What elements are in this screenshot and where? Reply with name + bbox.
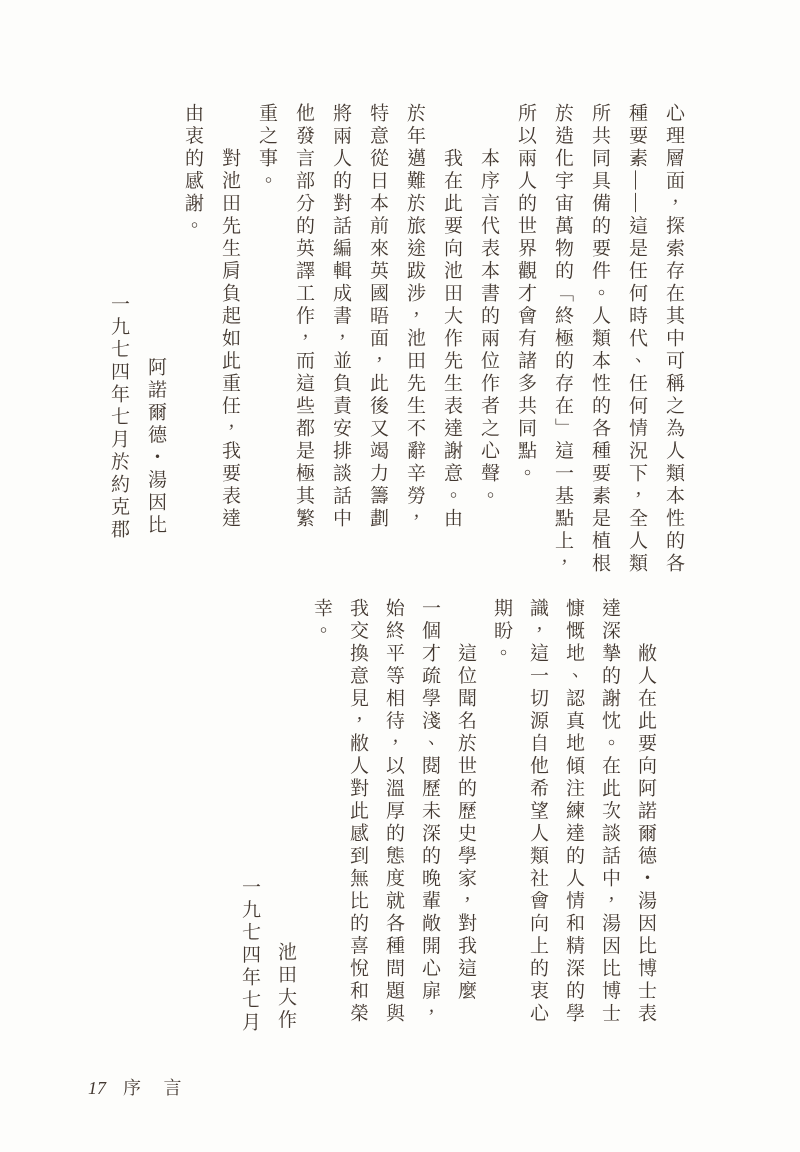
page-footer: 17 序 言: [88, 1074, 191, 1100]
signature-date: 一九七四年七月於約克郡: [100, 103, 137, 579]
signature-date: 一九七四年七月: [231, 598, 267, 1028]
text-column: 將兩人的對話編輯成書，並負責安排談話中: [322, 103, 359, 579]
text-column: 所共同具備的要件。人類本性的各種要素是植根: [581, 103, 618, 579]
text-column: 重之事。: [248, 103, 285, 579]
text-column: 始終平等相待，以溫厚的態度就各種問題與: [375, 598, 411, 1028]
text-column: 於年邁難於旅途跋涉，池田先生不辭辛勞，: [396, 103, 433, 579]
text-column: 敝人在此要向阿諾爾德・湯因比博士表: [627, 598, 663, 1028]
text-column: 對池田先生肩負起如此重任，我要表達: [211, 103, 248, 579]
text-column: 慷慨地、認真地傾注練達的人情和精深的學: [555, 598, 591, 1028]
vertical-text-block-bottom: 敝人在此要向阿諾爾德・湯因比博士表達深摯的謝忱。在此次談話中，湯因比博士慷慨地、…: [231, 598, 663, 1028]
text-column: 由衷的感謝。: [174, 103, 211, 579]
text-column: 我交換意見，敝人對此感到無比的喜悅和榮: [339, 598, 375, 1028]
text-column: 達深摯的謝忱。在此次談話中，湯因比博士: [591, 598, 627, 1028]
text-column: 這位聞名於世的歷史學家，對我這麼: [447, 598, 483, 1028]
page-number: 17: [88, 1078, 106, 1099]
text-column: 本序言代表本書的兩位作者之心聲。: [470, 103, 507, 579]
signature-name: 池田大作: [267, 598, 303, 1028]
text-column: 幸。: [303, 598, 339, 1028]
text-column: 期盼。: [483, 598, 519, 1028]
text-column: 特意從日本前來英國晤面，此後又竭力籌劃: [359, 103, 396, 579]
text-column: 於造化宇宙萬物的「終極的存在」這一基點上，: [544, 103, 581, 579]
signature-name: 阿諾爾德・湯因比: [137, 103, 174, 579]
book-page: 心理層面，探索存在其中可稱之為人類本性的各種要素——這是任何時代、任何情況下，全…: [0, 0, 800, 1152]
section-title: 序 言: [123, 1074, 191, 1100]
text-column: 他發言部分的英譯工作，而這些都是極其繁: [285, 103, 322, 579]
text-column: 我在此要向池田大作先生表達謝意。由: [433, 103, 470, 579]
text-column: 心理層面，探索存在其中可稱之為人類本性的各: [655, 103, 692, 579]
text-column: 識，這一切源自他希望人類社會向上的衷心: [519, 598, 555, 1028]
text-column: 種要素——這是任何時代、任何情況下，全人類: [618, 103, 655, 579]
text-column: 一個才疏學淺、閱歷未深的晚輩敞開心扉，: [411, 598, 447, 1028]
text-column: 所以兩人的世界觀才會有諸多共同點。: [507, 103, 544, 579]
vertical-text-block-top: 心理層面，探索存在其中可稱之為人類本性的各種要素——這是任何時代、任何情況下，全…: [100, 103, 692, 579]
